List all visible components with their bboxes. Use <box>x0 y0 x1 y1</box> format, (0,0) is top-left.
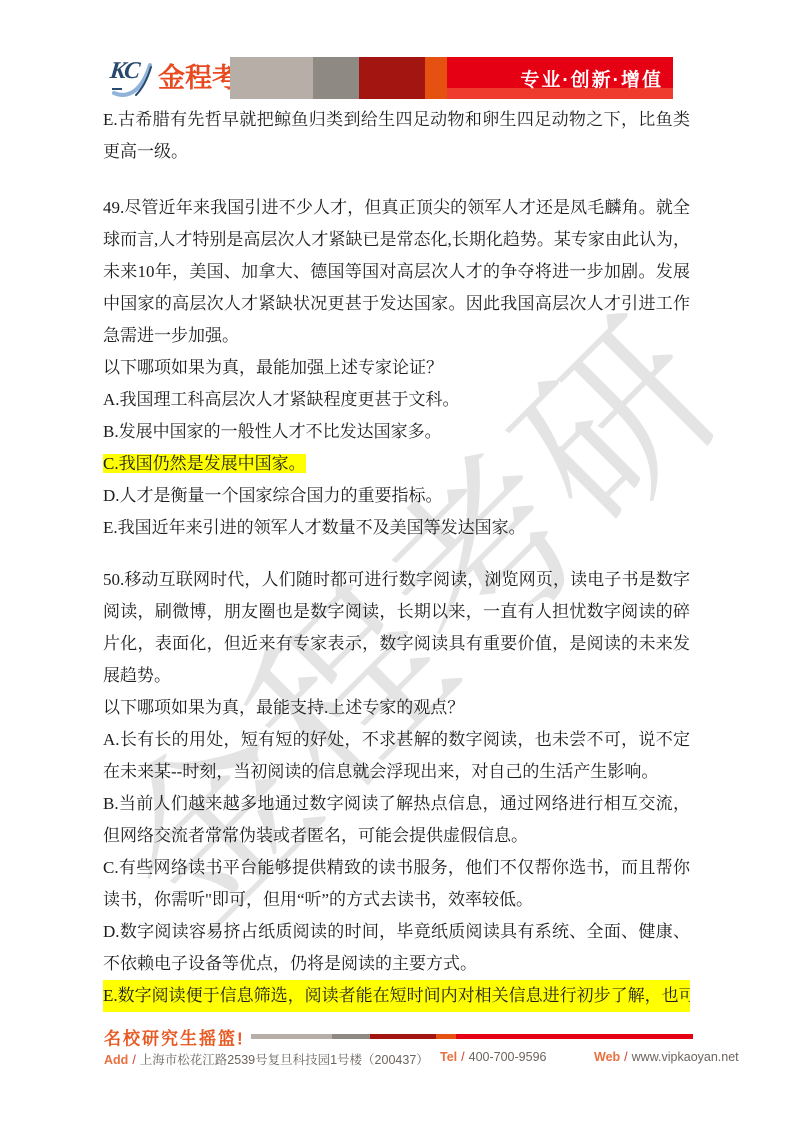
logo-mark-text: KC <box>109 58 140 85</box>
footer-website: Web/www.vipkaoyan.net <box>594 1050 739 1064</box>
footer-bar-warm-gray <box>251 1034 332 1039</box>
highlighted-text: C.我国仍然是发展中国家。 <box>103 454 306 473</box>
question-49-option-e: E.我国近年来引进的领军人才数量不及美国等发达国家。 <box>103 512 690 544</box>
separator: / <box>620 1050 631 1064</box>
footer-slogan-row: 名校研究生摇篮! <box>104 1026 693 1046</box>
question-49-option-c-highlighted: C.我国仍然是发展中国家。 <box>103 448 690 480</box>
banner-segment-orange <box>425 57 447 99</box>
question-50-option-b: B.当前人们越来越多地通过数字阅读了解热点信息，通过网络进行相互交流，但网络交流… <box>103 788 690 852</box>
kc-logo-mark: KC <box>106 57 158 99</box>
banner-segment-dark-red <box>359 57 425 99</box>
banner-segment-red: 专业·创新·增值 <box>447 57 673 99</box>
footer-address: Add/上海市松花江路2539号复旦科技园1号楼（200437） <box>104 1050 429 1068</box>
document-body: E.古希腊有先哲早就把鲸鱼归类到给生四足动物和卵生四足动物之下，比鱼类更高一级。… <box>103 104 690 1012</box>
question-50-option-e-highlighted: E.数字阅读便于信息筛选，阅读者能在短时间内对相关信息进行初步了解，也可 <box>103 980 690 1012</box>
question-50-text: 50.移动互联网时代，人们随时都可进行数字阅读，浏览网页，读电子书是数字阅读，刷… <box>103 564 690 692</box>
document-page: KC 金程考研 专业·创新·增值 金程考研 E.古希腊有先哲早就把鲸鱼归类到给生… <box>0 0 793 1122</box>
footer-divider-bar <box>251 1034 693 1039</box>
footer-bar-mid-gray <box>332 1034 370 1039</box>
footer-bar-dark-red <box>370 1034 436 1039</box>
footer-bar-orange <box>436 1034 456 1039</box>
footer-bar-red <box>456 1034 693 1039</box>
address-label: Add <box>104 1053 128 1067</box>
banner-slogan: 专业·创新·增值 <box>520 65 663 92</box>
question-49-option-a: A.我国理工科高层次人才紧缺程度更甚于文科。 <box>103 384 690 416</box>
question-49-option-b: B.发展中国家的一般性人才不比发达国家多。 <box>103 416 690 448</box>
brand-logo: KC 金程考研 <box>106 57 230 99</box>
question-49-stem: 以下哪项如果为真，最能加强上述专家论证？ <box>103 352 690 384</box>
banner-segment-warm-gray <box>230 57 313 99</box>
footer-contacts: Add/上海市松花江路2539号复旦科技园1号楼（200437） Tel/400… <box>104 1050 693 1066</box>
footer-slogan: 名校研究生摇篮! <box>104 1023 245 1049</box>
separator: / <box>457 1050 468 1064</box>
question-50-option-c: C.有些网络读书平台能够提供精致的读书服务，他们不仅帮你选书，而且帮你读书，你需… <box>103 852 690 916</box>
header-banner: 专业·创新·增值 <box>230 57 673 99</box>
footer-telephone: Tel/400-700-9596 <box>440 1050 546 1064</box>
question-50-option-d: D.数字阅读容易挤占纸质阅读的时间，毕竟纸质阅读具有系统、全面、健康、不依赖电子… <box>103 916 690 980</box>
question-49-text: 49.尽管近年来我国引进不少人才，但真正顶尖的领军人才还是凤毛麟角。就全球而言,… <box>103 192 690 352</box>
page-footer: 名校研究生摇篮! Add/上海市松花江路2539号复旦科技园1号楼（200437… <box>104 1026 693 1066</box>
banner-segment-mid-gray <box>313 57 359 99</box>
separator: / <box>128 1053 139 1067</box>
question-50-stem: 以下哪项如果为真，最能支持.上述专家的观点？ <box>103 692 690 724</box>
telephone-value: 400-700-9596 <box>469 1050 547 1064</box>
website-label: Web <box>594 1050 620 1064</box>
website-value: www.vipkaoyan.net <box>632 1050 739 1064</box>
telephone-label: Tel <box>440 1050 457 1064</box>
question-50-option-a: A.长有长的用处，短有短的好处，不求甚解的数字阅读，也未尝不可，说不定在未来某-… <box>103 724 690 788</box>
address-value: 上海市松花江路2539号复旦科技园1号楼（200437） <box>140 1053 429 1067</box>
page-header: KC 金程考研 专业·创新·增值 <box>106 57 673 99</box>
question-49-option-d: D.人才是衡量一个国家综合国力的重要指标。 <box>103 480 690 512</box>
question-48-option-e: E.古希腊有先哲早就把鲸鱼归类到给生四足动物和卵生四足动物之下，比鱼类更高一级。 <box>103 104 690 168</box>
